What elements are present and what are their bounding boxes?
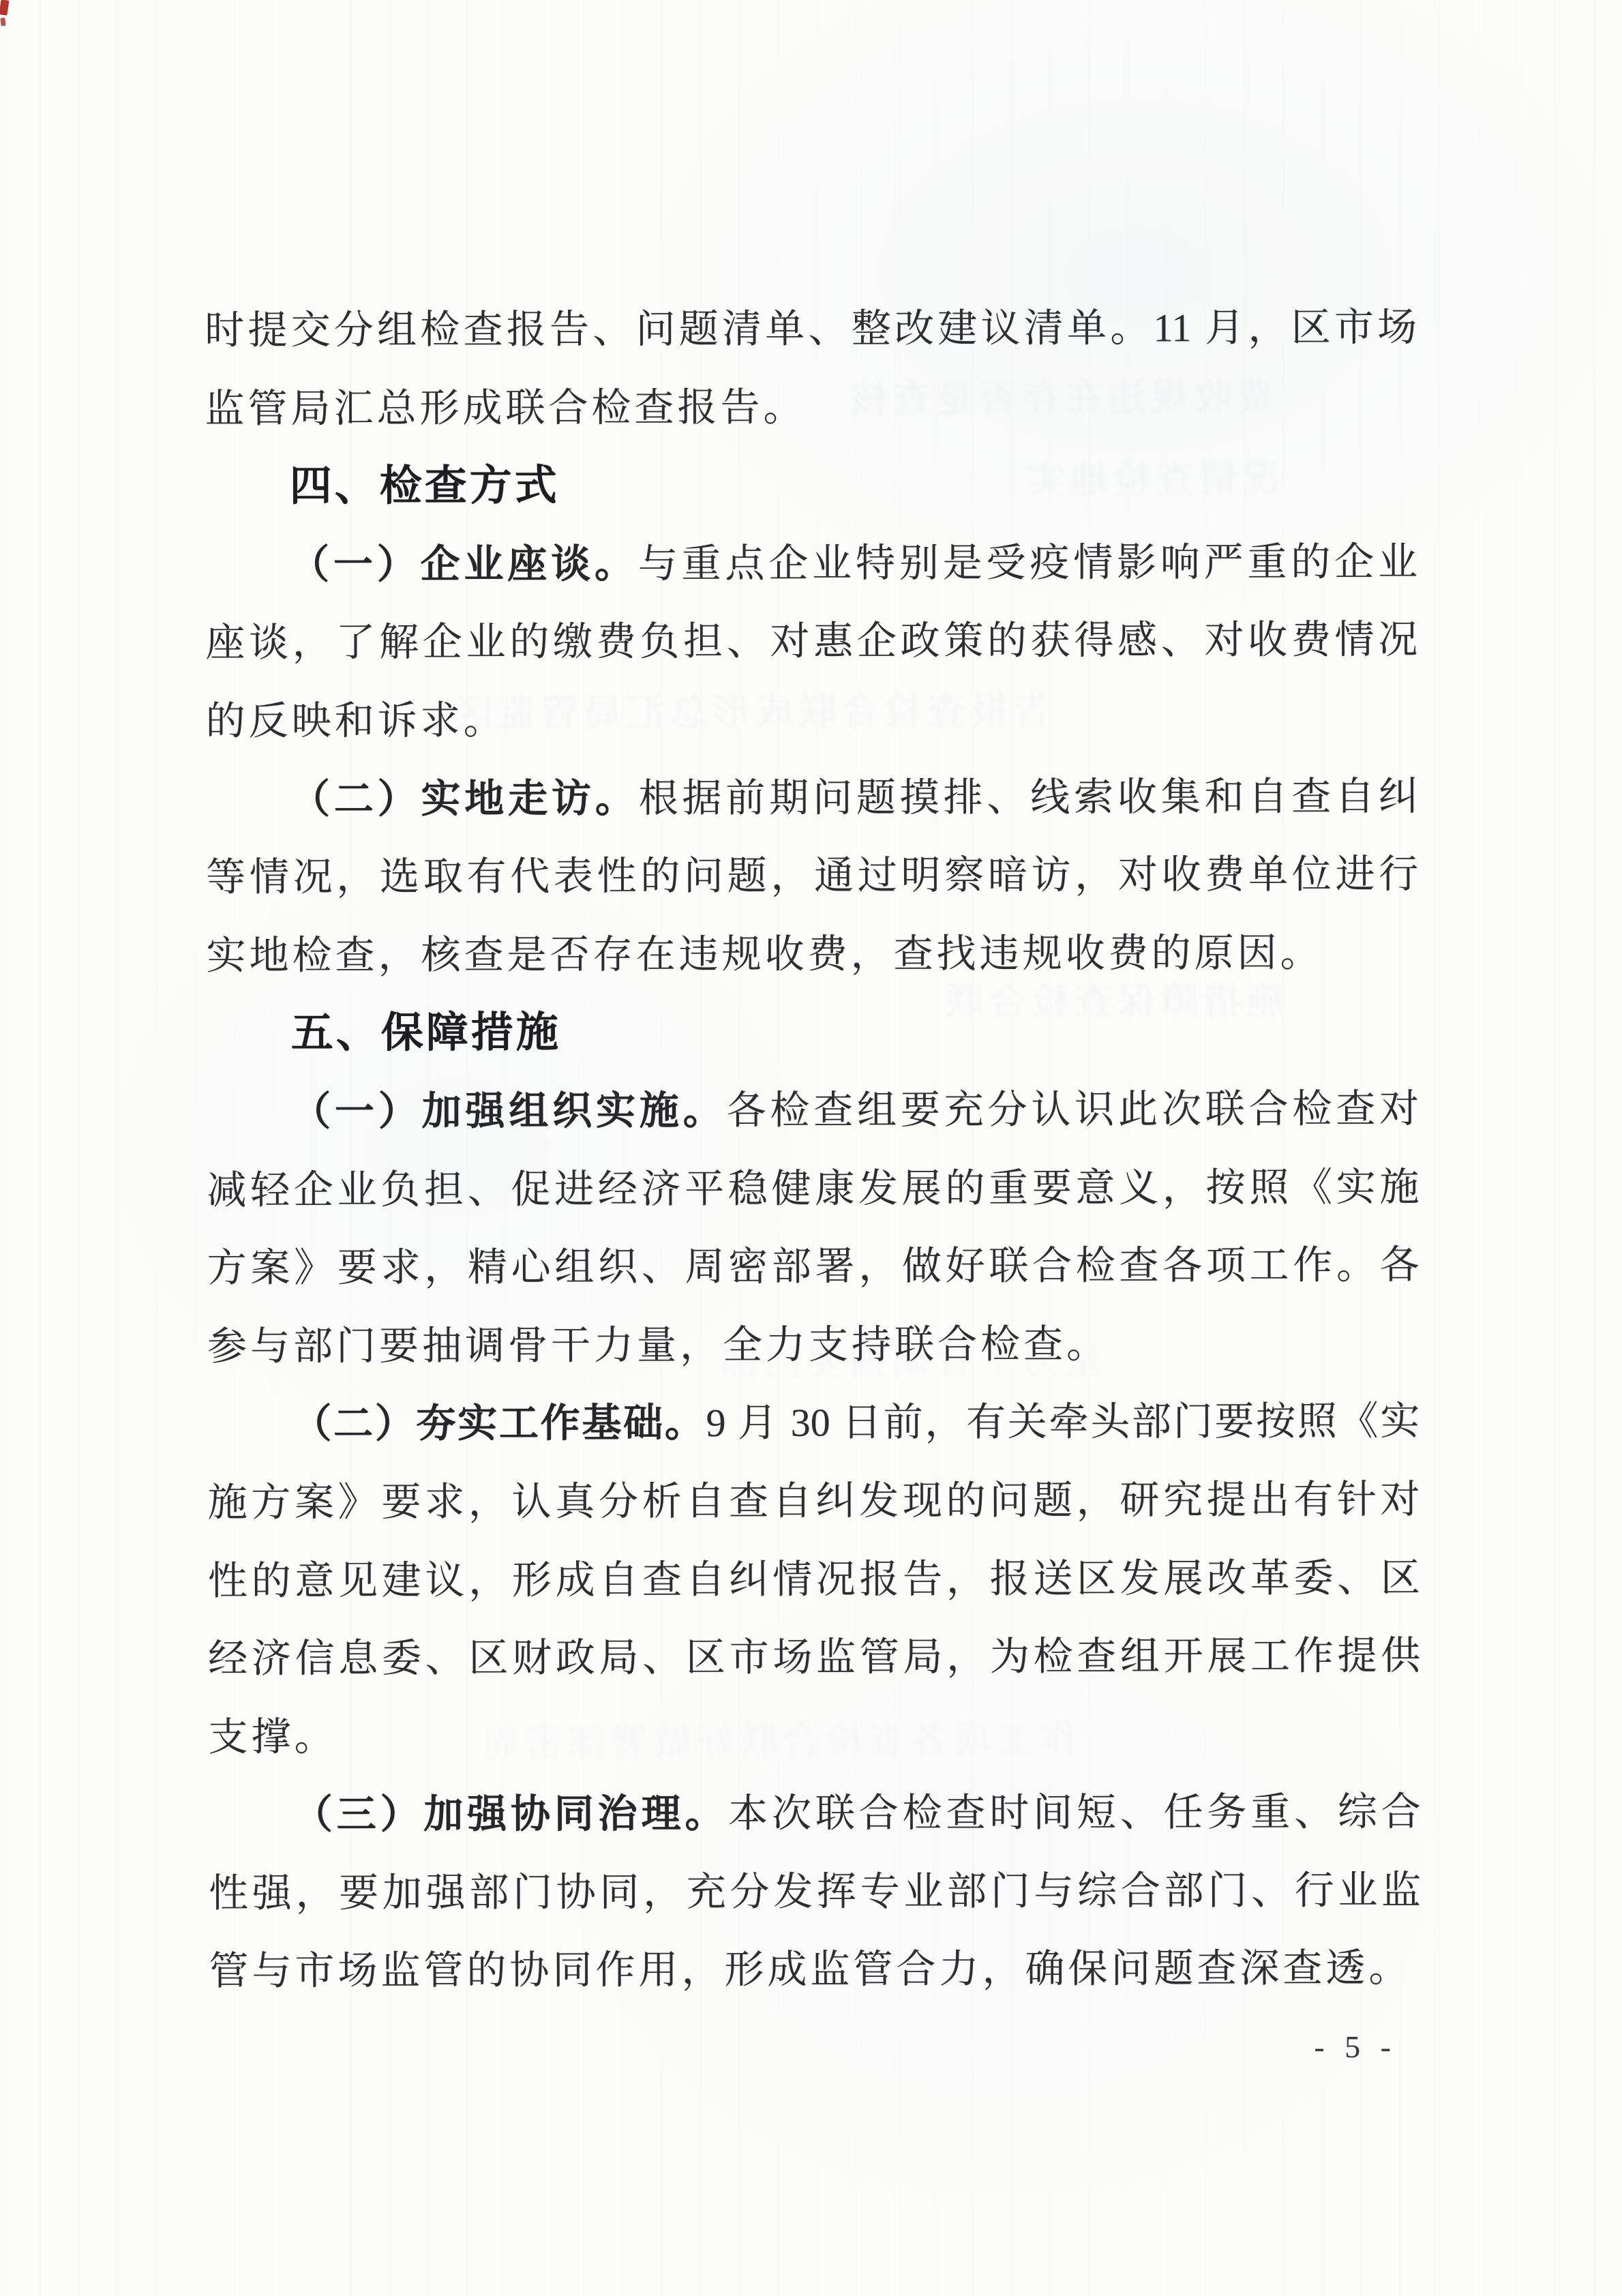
text-line: （一）企业座谈。与重点企业特别是受疫情影响严重的企业 (205, 523, 1417, 604)
text-line: 经济信息委、区财政局、区市场监管局，为检查组开展工作提供 (208, 1617, 1420, 1698)
scan-speck-red (0, 18, 5, 27)
text-line: （三）加强协同治理。本次联合检查时间短、任务重、综合 (209, 1774, 1421, 1855)
page-number: - 5 - (1314, 2029, 1397, 2065)
paragraph-lead: （二）实地走访。 (290, 776, 639, 821)
text-line: 监管局汇总形成联合检查报告。 (205, 367, 1417, 448)
text-line: 实地检查，核查是否存在违规收费，查找违规收费的原因。 (206, 914, 1418, 995)
section-heading: 五、保障措施 (207, 992, 1419, 1073)
text-line: 支撑。 (208, 1695, 1420, 1776)
paragraph-lead: （三）加强协同治理。 (293, 1791, 729, 1837)
text-line: 管与市场监管的协同作用，形成监管合力，确保问题查深查透。 (209, 1930, 1421, 2011)
text-line: （一）加强组织实施。各检查组要充分认识此次联合检查对 (207, 1070, 1419, 1151)
text-line: （二）夯实工作基础。9 月 30 日前，有关牵头部门要按照《实 (207, 1383, 1420, 1464)
section-heading: 四、检查方式 (205, 445, 1417, 526)
text-line: 方案》要求，精心组织、周密部署，做好联合检查各项工作。各 (207, 1226, 1420, 1307)
text-line: 座谈，了解企业的缴费负担、对惠企政策的获得感、对收费情况 (205, 601, 1417, 683)
text-line: 时提交分组检查报告、问题清单、整改建议清单。11 月，区市场 (205, 288, 1417, 370)
text-block: 时提交分组检查报告、问题清单、整改建议清单。11 月，区市场监管局汇总形成联合检… (205, 288, 1422, 2011)
paragraph-lead: （二）夯实工作基础。 (292, 1401, 706, 1446)
text-line: 的反映和诉求。 (206, 679, 1418, 760)
scan-speck-red (0, 0, 9, 16)
paragraph-lead: （一）企业座谈。 (290, 541, 638, 586)
paragraph-lead: （一）加强组织实施。 (291, 1088, 727, 1134)
text-line: 施方案》要求，认真分析自查自纠发现的问题，研究提出有针对 (208, 1461, 1420, 1542)
text-line: 性强，要加强部门协同，充分发挥专业部门与综合部门、行业监 (209, 1851, 1421, 1933)
scanned-document-page: 时提交分组检查报告、问题清单、整改建议清单。11 月，区市场监管局汇总形成联合检… (0, 0, 1622, 2296)
text-line: 减轻企业负担、促进经济平稳健康发展的重要意义，按照《实施 (207, 1148, 1419, 1229)
text-line: 等情况，选取有代表性的问题，通过明察暗访，对收费单位进行 (206, 835, 1418, 916)
text-line: 性的意见建议，形成自查自纠情况报告，报送区发展改革委、区 (208, 1539, 1420, 1620)
text-line: 参与部门要抽调骨干力量，全力支持联合检查。 (207, 1304, 1420, 1386)
text-line: （二）实地走访。根据前期问题摸排、线索收集和自查自纠 (206, 758, 1418, 839)
